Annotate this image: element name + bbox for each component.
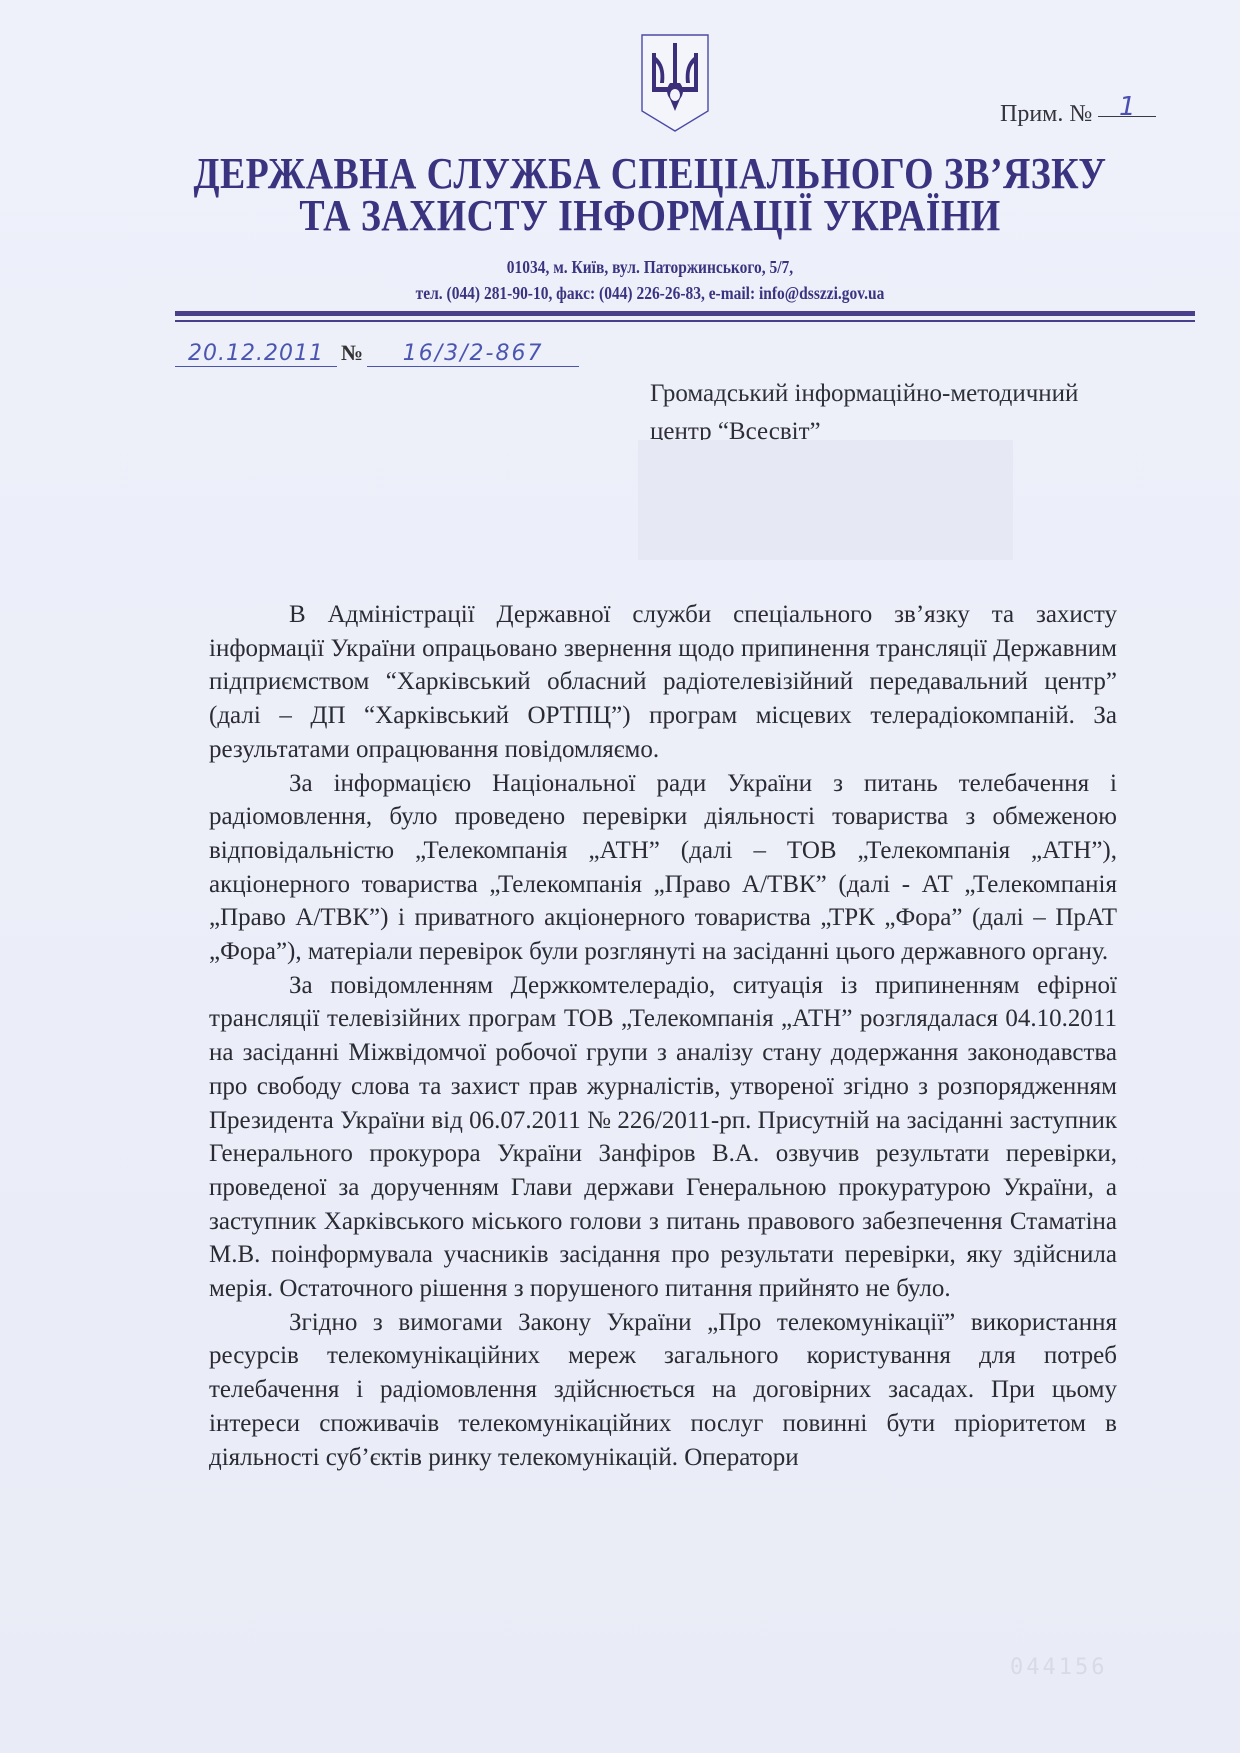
recipient-line1: Громадський інформаційно-методичний [650,375,1078,413]
registration-line: 20.12.2011№16/3/2-867 [175,340,579,367]
faint-serial-stamp: 044156 [1010,1655,1107,1680]
copy-number-value: 1 [1098,98,1156,117]
org-address: 01034, м. Київ, вул. Паторжинського, 5/7… [117,257,1183,278]
registration-number: 16/3/2-867 [367,341,579,367]
header-divider-thin [175,320,1195,322]
body-paragraph-2: За інформацією Національної ради України… [209,767,1117,969]
org-title-line2: ТА ЗАХИСТУ ІНФОРМАЦІЇ УКРАЇНИ [117,190,1183,241]
header-divider-thick [175,311,1195,316]
ukraine-coat-of-arms-icon [640,33,710,133]
copy-number: Прим. № 1 [1000,101,1156,128]
body-paragraph-4: Згідно з вимогами Закону України „Про те… [209,1306,1117,1475]
body-paragraph-3: За повідомленням Держкомтелерадіо, ситуа… [209,969,1117,1306]
registration-date: 20.12.2011 [175,341,337,367]
redacted-address-area [638,440,1013,560]
letter-page: Прим. № 1 ДЕРЖАВНА СЛУЖБА СПЕЦІАЛЬНОГО З… [0,0,1240,1753]
number-sign: № [341,340,363,365]
copy-label: Прим. № [1000,101,1092,127]
body-paragraph-1: В Адміністрації Державної служби спеціал… [209,598,1117,767]
letter-body: В Адміністрації Державної служби спеціал… [209,598,1117,1474]
org-contacts: тел. (044) 281-90-10, факс: (044) 226-26… [117,283,1183,304]
